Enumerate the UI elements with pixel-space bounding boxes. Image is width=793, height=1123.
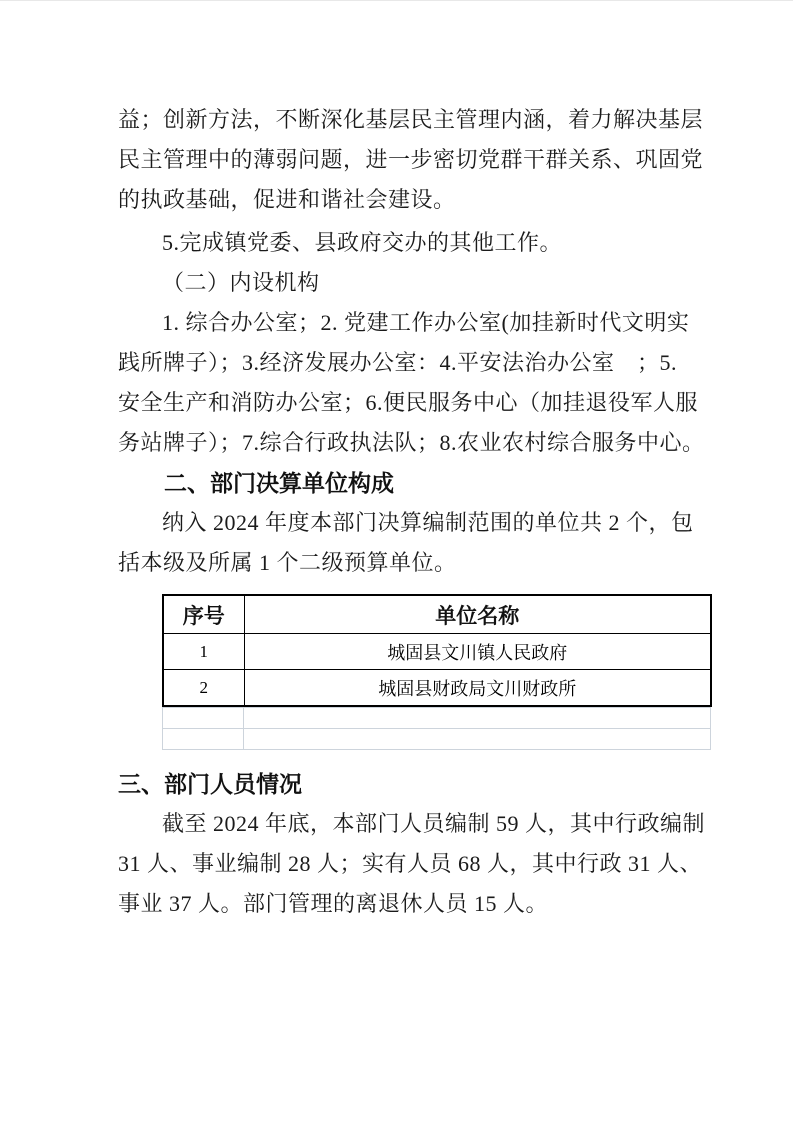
col-header-index: 序号 xyxy=(163,595,244,634)
paragraph-line: 截至 2024 年底，本部门人员编制 59 人，其中行政编制 xyxy=(118,804,674,844)
paragraph-line: 5.完成镇党委、县政府交办的其他工作。 xyxy=(118,223,674,263)
paragraph-line: 务站牌子）；7.综合行政执法队；8.农业农村综合服务中心。 xyxy=(118,423,674,463)
paragraph-line: 民主管理中的薄弱问题，进一步密切党群干群关系、巩固党 xyxy=(118,140,674,180)
paragraph-line: 31 人、事业编制 28 人；实有人员 68 人，其中行政 31 人、 xyxy=(118,844,674,884)
table-row: 2 城固县财政局文川财政所 xyxy=(163,670,711,707)
cell-unit-name: 城固县财政局文川财政所 xyxy=(244,670,711,707)
paragraph-line: 安全生产和消防办公室；6.便民服务中心（加挂退役军人服 xyxy=(118,383,674,423)
units-table-wrapper: 序号 单位名称 1 城固县文川镇人民政府 2 城固县财政局文川财政所 xyxy=(162,594,710,750)
paragraph-line: 1. 综合办公室；2. 党建工作办公室(加挂新时代文明实 xyxy=(118,303,674,343)
units-table-header-row: 序号 单位名称 xyxy=(163,595,711,634)
paragraph-line: 括本级及所属 1 个二级预算单位。 xyxy=(118,543,674,583)
paragraph-line: 践所牌子）；3.经济发展办公室：4.平安法治办公室 ；5. xyxy=(118,343,674,383)
cell-index: 2 xyxy=(163,670,244,707)
paragraph-line: 的执政基础，促进和谐社会建设。 xyxy=(118,180,674,220)
section-heading-units: 二、部门决算单位构成 xyxy=(118,463,674,503)
empty-row xyxy=(163,708,711,729)
table-row: 1 城固县文川镇人民政府 xyxy=(163,634,711,670)
document-body: 益；创新方法，不断深化基层民主管理内涵，着力解决基层 民主管理中的薄弱问题，进一… xyxy=(118,1,674,924)
document-page: 益；创新方法，不断深化基层民主管理内涵，着力解决基层 民主管理中的薄弱问题，进一… xyxy=(0,0,793,1123)
paragraph-line: 益；创新方法，不断深化基层民主管理内涵，着力解决基层 xyxy=(118,100,674,140)
col-header-name: 单位名称 xyxy=(244,595,711,634)
units-table: 序号 单位名称 1 城固县文川镇人民政府 2 城固县财政局文川财政所 xyxy=(162,594,712,707)
empty-row xyxy=(163,729,711,750)
paragraph-line: 纳入 2024 年度本部门决算编制范围的单位共 2 个，包 xyxy=(118,503,674,543)
cell-unit-name: 城固县文川镇人民政府 xyxy=(244,634,711,670)
paragraph-line: 事业 37 人。部门管理的离退休人员 15 人。 xyxy=(118,884,674,924)
units-table-empty-rows xyxy=(162,707,711,750)
subheading-internal-orgs: （二）内设机构 xyxy=(118,263,674,303)
section-heading-personnel: 三、部门人员情况 xyxy=(118,764,674,804)
cell-index: 1 xyxy=(163,634,244,670)
